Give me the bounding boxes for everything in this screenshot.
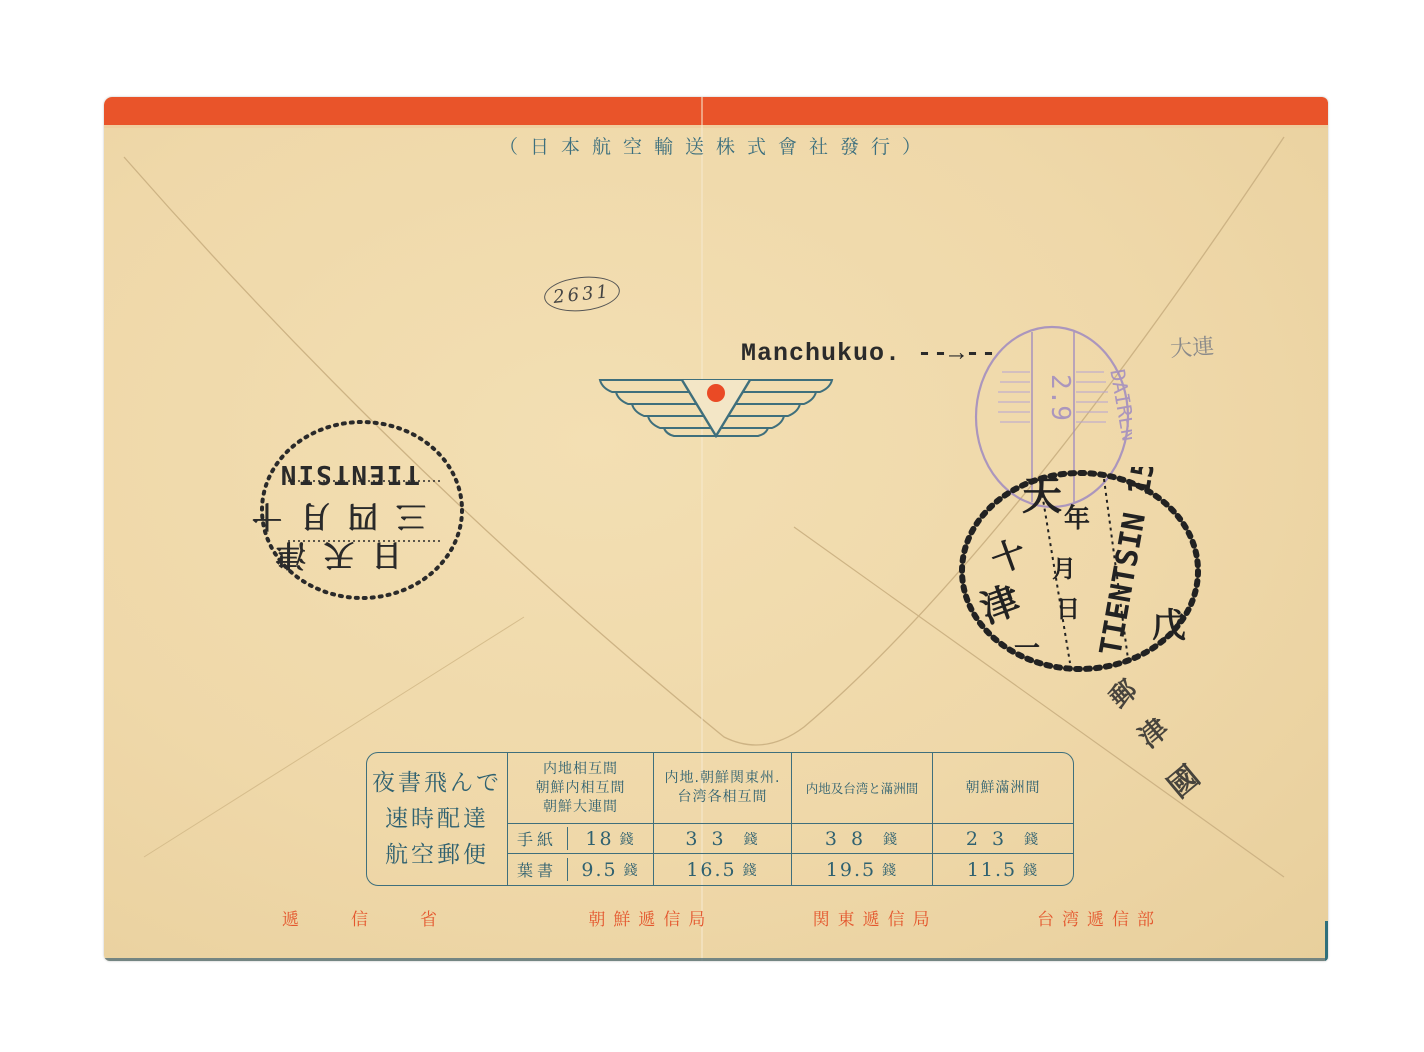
row-label: 手紙 [508, 827, 568, 850]
tientsin-main-postmark: 天 十 津 年 月 日 一 戊 TIENTSIN 15 [952, 467, 1212, 681]
agency-name: 台湾遞信部 [1037, 905, 1162, 930]
column-header: 内地.朝鮮関東州. 台湾各相互間 [654, 753, 792, 824]
tientsin-inverted-postmark: TIENTSIN 三 四 月 十 日 天 津 [252, 415, 472, 609]
table-row-letter: 手紙 18錢 [508, 824, 654, 854]
price-cell: 11.5錢 [933, 854, 1073, 885]
agency-name: 遞信省 [282, 905, 489, 930]
right-edge-mark [1325, 921, 1328, 961]
slogan-line: 航空郵便 [385, 837, 489, 873]
destination-note: Manchukuo. --→-- [741, 339, 997, 368]
svg-text:年: 年 [1064, 503, 1090, 534]
column-header: 内地相互間 朝鮮内相互間 朝鮮大連間 [508, 753, 654, 824]
svg-text:TIENTSIN: TIENTSIN [279, 459, 420, 489]
svg-text:DAIREN: DAIREN [1105, 367, 1132, 442]
svg-text:津: 津 [1132, 711, 1175, 755]
svg-text:國: 國 [1161, 759, 1206, 805]
price-cell: 38錢 [792, 824, 933, 854]
svg-text:日: 日 [1056, 595, 1080, 623]
red-top-band [104, 97, 1328, 125]
publisher-line: （日本航空輸送株式會社發行） [104, 132, 1328, 159]
agency-name: 朝鮮遞信局 [588, 905, 713, 930]
slogan-line: 速時配達 [385, 801, 489, 837]
reference-number: 2631 [542, 273, 621, 315]
svg-text:月: 月 [1052, 555, 1076, 583]
row-label: 葉書 [508, 858, 568, 881]
table-row-postcard: 葉書 9.5錢 [508, 854, 654, 885]
price-cell: 9.5錢 [568, 859, 654, 881]
svg-text:十: 十 [986, 532, 1032, 581]
price-cell: 23錢 [933, 824, 1073, 854]
envelope-back: （日本航空輸送株式會社發行） 2631 Manchukuo. --→-- 大連 [104, 97, 1328, 961]
price-cell: 16.5錢 [654, 854, 792, 885]
winged-emblem-logo [598, 376, 834, 442]
svg-text:天: 天 [1022, 473, 1062, 519]
bottom-edge [104, 958, 1328, 961]
airmail-rate-table: 夜書飛んで 速時配達 航空郵便 内地相互間 朝鮮内相互間 朝鮮大連間 内地.朝鮮… [366, 752, 1074, 886]
svg-text:戊: 戊 [1152, 606, 1186, 646]
price-cell: 18錢 [568, 828, 654, 850]
column-header: 朝鮮滿洲間 [933, 753, 1073, 824]
handwritten-note: 大連 [1169, 330, 1215, 364]
column-header: 内地及台湾と滿洲間 [792, 753, 933, 824]
partial-postmark-fragment: 郵 津 國 [1100, 665, 1220, 819]
issuing-agencies: 遞信省 朝鮮遞信局 関東遞信局 台湾遞信部 [282, 905, 1162, 930]
price-cell: 33錢 [654, 824, 792, 854]
slogan: 夜書飛んで 速時配達 航空郵便 [367, 753, 508, 885]
svg-text:日 天 津: 日 天 津 [275, 537, 402, 572]
svg-text:郵: 郵 [1104, 675, 1143, 715]
price-cell: 19.5錢 [792, 854, 933, 885]
svg-text:2.9: 2.9 [1045, 374, 1075, 421]
slogan-line: 夜書飛んで [372, 765, 502, 801]
agency-name: 関東遞信局 [813, 905, 938, 930]
svg-text:三 四 月 十: 三 四 月 十 [252, 498, 426, 533]
svg-text:一: 一 [1014, 634, 1040, 664]
